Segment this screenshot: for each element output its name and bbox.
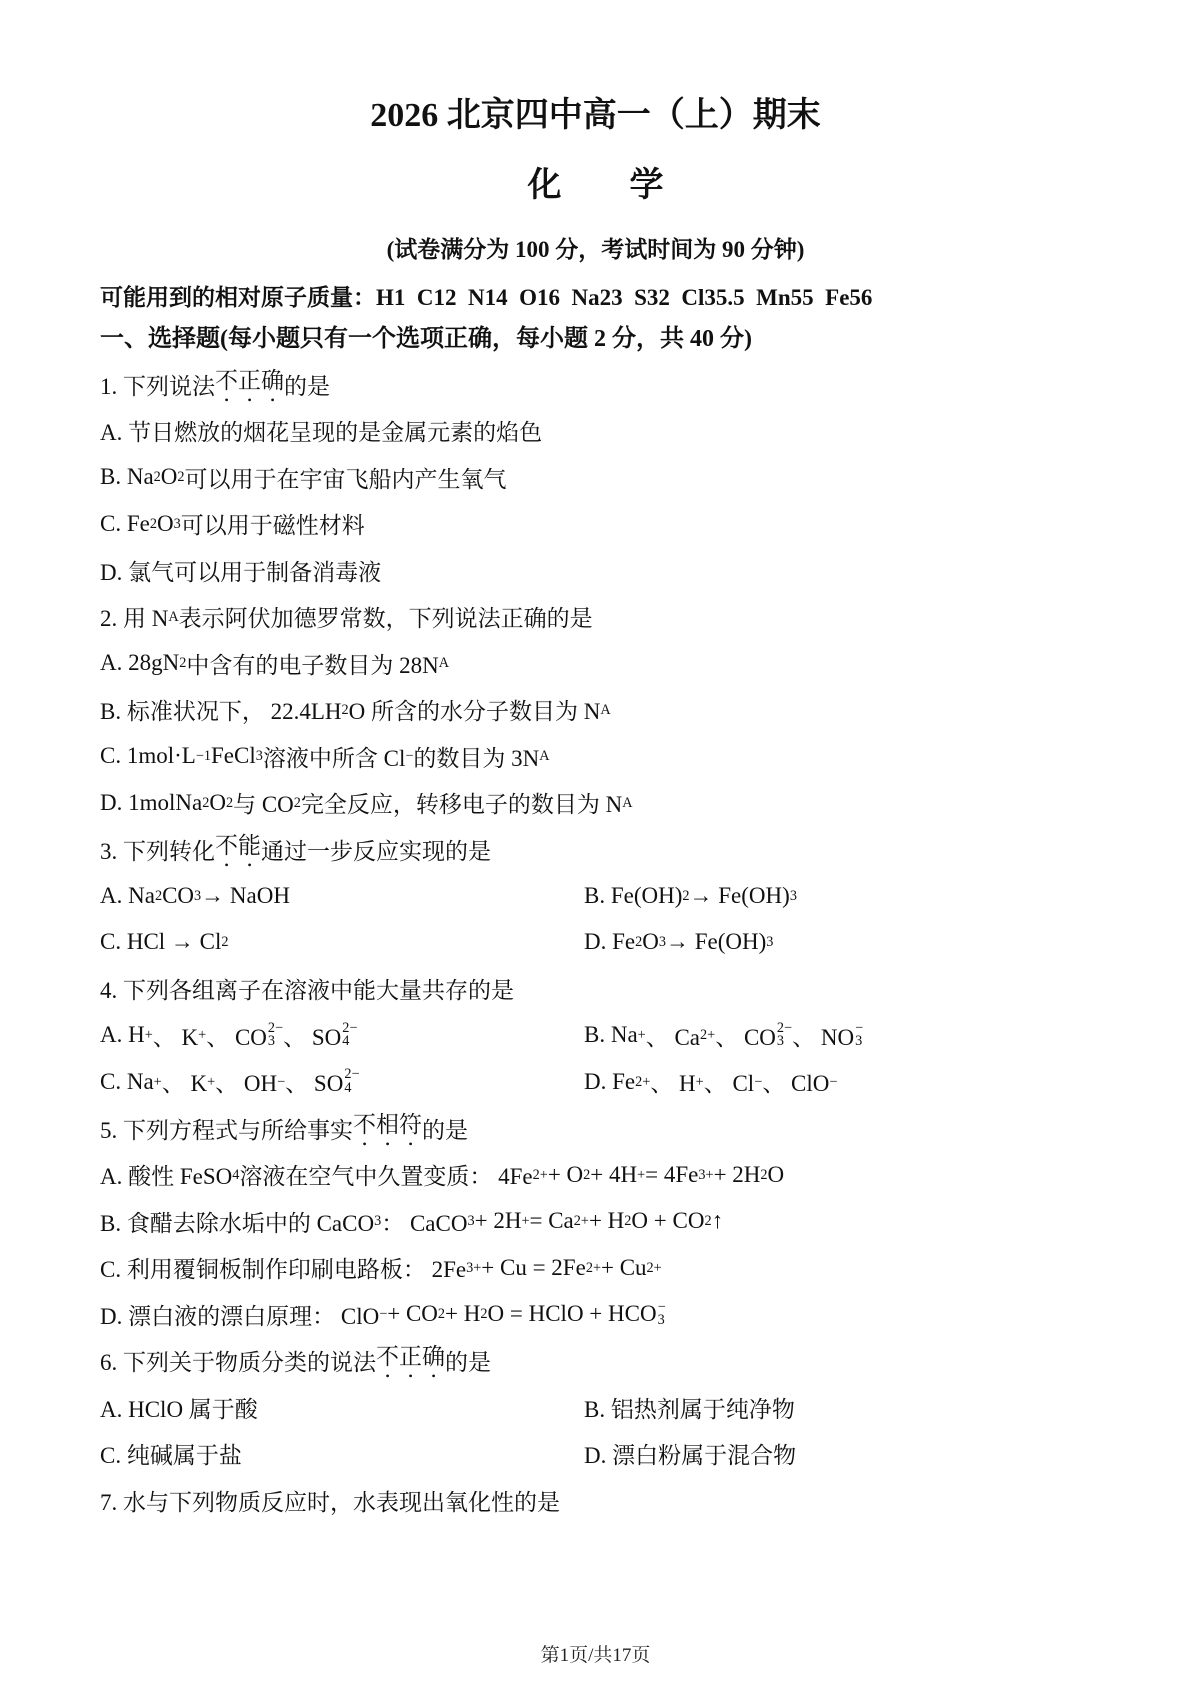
page-number: 第1页/共17页	[0, 1640, 1191, 1667]
question-6-stem: 6. 下列关于物质分类的说法不正确的是	[100, 1338, 1091, 1385]
question-4-option-row: A. H+、 K+、 CO2−3 、 SO2−4B. Na+、 Ca2+、 CO…	[100, 1012, 1091, 1059]
question-3-option-A: A. Na2CO3 → NaOH	[100, 873, 584, 920]
question-6-option-row: C. 纯碱属于盐D. 漂白粉属于混合物	[100, 1431, 1091, 1478]
question-3-option-row: C. HCl → Cl2D. Fe2O3 → Fe(OH)3	[100, 919, 1091, 966]
exam-page: 2026 北京四中高一（上）期末 化 学 (试卷满分为 100 分，考试时间为 …	[0, 0, 1191, 1684]
exam-subject: 化 学	[100, 164, 1091, 208]
question-1-option-A: A. 节日燃放的烟花呈现的是金属元素的焰色	[100, 408, 1091, 455]
section-heading: 一、选择题(每小题只有一个选项正确，每小题 2 分，共 40 分)	[100, 324, 1091, 354]
question-5-option-C: C. 利用覆铜板制作印刷电路板： 2Fe3+ + Cu = 2Fe2+ + Cu…	[100, 1245, 1091, 1292]
question-4-option-row: C. Na+、 K+、 OH−、 SO2−4D. Fe2+、 H+、 Cl−、 …	[100, 1059, 1091, 1106]
question-1-option-B: B. Na2O2 可以用于在宇宙飞船内产生氧气	[100, 454, 1091, 501]
exam-title: 2026 北京四中高一（上）期末	[100, 94, 1091, 138]
question-2-option-A: A. 28gN2 中含有的电子数目为 28NA	[100, 640, 1091, 687]
question-4-option-C: C. Na+、 K+、 OH−、 SO2−4	[100, 1059, 584, 1106]
question-3-option-C: C. HCl → Cl2	[100, 919, 584, 966]
question-2-option-B: B. 标准状况下， 22.4LH2O 所含的水分子数目为 NA	[100, 687, 1091, 734]
question-5-stem: 5. 下列方程式与所给事实不相符的是	[100, 1105, 1091, 1152]
question-5-option-A: A. 酸性 FeSO4 溶液在空气中久置变质： 4Fe2+ + O2 + 4H+…	[100, 1152, 1091, 1199]
question-7-stem: 7. 水与下列物质反应时，水表现出氧化性的是	[100, 1477, 1091, 1524]
question-3-option-D: D. Fe2O3 → Fe(OH)3	[584, 919, 1091, 966]
question-6-option-D: D. 漂白粉属于混合物	[584, 1431, 1091, 1478]
page-content: 2026 北京四中高一（上）期末 化 学 (试卷满分为 100 分，考试时间为 …	[100, 0, 1091, 1524]
question-3-option-B: B. Fe(OH)2 → Fe(OH)3	[584, 873, 1091, 920]
question-2-option-D: D. 1molNa2O2 与 CO2 完全反应，转移电子的数目为 NA	[100, 780, 1091, 827]
question-5-option-D: D. 漂白液的漂白原理： ClO− + CO2 + H2O = HClO + H…	[100, 1291, 1091, 1338]
question-6-option-row: A. HClO 属于酸B. 铝热剂属于纯净物	[100, 1384, 1091, 1431]
question-4-option-D: D. Fe2+、 H+、 Cl−、 ClO−	[584, 1059, 1091, 1106]
atomic-masses-line: 可能用到的相对原子质量：H1 C12 N14 O16 Na23 S32 Cl35…	[100, 283, 1091, 313]
question-2-option-C: C. 1mol·L−1FeCl3 溶液中所含 Cl− 的数目为 3NA	[100, 733, 1091, 780]
question-2-stem: 2. 用 NA 表示阿伏加德罗常数，下列说法正确的是	[100, 594, 1091, 641]
question-6-option-B: B. 铝热剂属于纯净物	[584, 1384, 1091, 1431]
question-1-option-D: D. 氯气可以用于制备消毒液	[100, 547, 1091, 594]
question-1-stem: 1. 下列说法不正确的是	[100, 361, 1091, 408]
exam-info: (试卷满分为 100 分，考试时间为 90 分钟)	[100, 235, 1091, 265]
question-3-stem: 3. 下列转化不能通过一步反应实现的是	[100, 826, 1091, 873]
question-3-option-row: A. Na2CO3 → NaOHB. Fe(OH)2 → Fe(OH)3	[100, 873, 1091, 920]
question-1-option-C: C. Fe2O3 可以用于磁性材料	[100, 501, 1091, 548]
question-5-option-B: B. 食醋去除水垢中的 CaCO3： CaCO3 + 2H+ = Ca2+ + …	[100, 1198, 1091, 1245]
question-4-stem: 4. 下列各组离子在溶液中能大量共存的是	[100, 966, 1091, 1013]
question-6-option-A: A. HClO 属于酸	[100, 1384, 584, 1431]
question-4-option-B: B. Na+、 Ca2+、 CO2−3 、 NO−3	[584, 1012, 1091, 1059]
question-6-option-C: C. 纯碱属于盐	[100, 1431, 584, 1478]
question-4-option-A: A. H+、 K+、 CO2−3 、 SO2−4	[100, 1012, 584, 1059]
question-list: 1. 下列说法不正确的是A. 节日燃放的烟花呈现的是金属元素的焰色B. Na2O…	[100, 361, 1091, 1524]
